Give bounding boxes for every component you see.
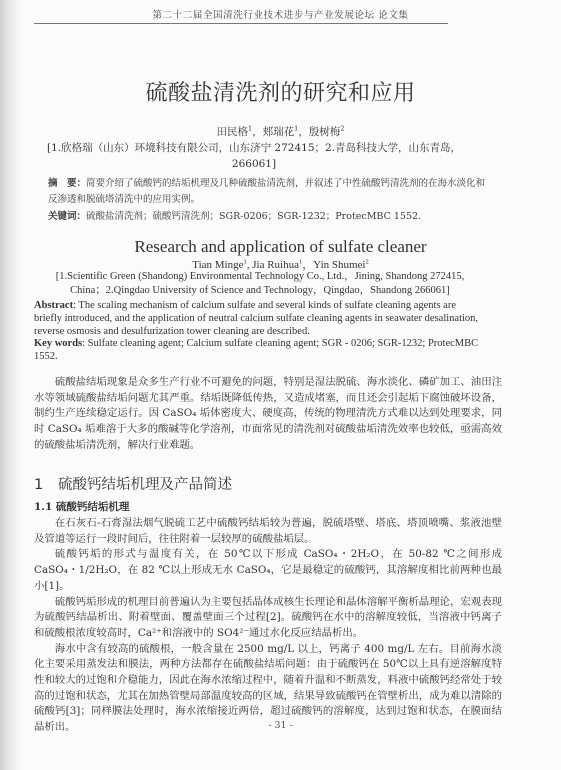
body-paragraph: 在石灰石-石膏湿法烟气脱硫工艺中硫酸钙结垢较为普遍，脱硫塔壁、塔底、塔顶喷嘴、浆… bbox=[34, 516, 502, 547]
author-affil-mark: 2 bbox=[340, 125, 344, 133]
section-number: 1 bbox=[34, 477, 58, 493]
keywords-text: : Sulfate cleaning agent; Calcium sulfat… bbox=[34, 338, 478, 362]
author-name: 田民格 bbox=[217, 126, 249, 138]
title-chinese: 硫酸盐清洗剂的研究和应用 bbox=[0, 76, 561, 107]
running-head: 第二十二届全国清洗行业技术进步与产业发展论坛 论文集 bbox=[0, 7, 561, 21]
title-english: Research and application of sulfate clea… bbox=[0, 237, 561, 257]
abstract-label: Abstract bbox=[34, 300, 73, 311]
abstract-text: 简要介绍了硫酸钙的结垢机理及几种硫酸盐清洗剂，并叙述了中性硫酸钙清洗剂的在海水淡… bbox=[48, 178, 485, 205]
abstract-label: 摘 要： bbox=[48, 178, 86, 189]
abstract-english: Abstract: The scaling mechanism of calci… bbox=[34, 300, 484, 338]
body-paragraph: 硫酸钙垢形成的机理目前普遍认为主要包括晶体成核生长理论和晶体溶解平衡析晶理论，宏… bbox=[34, 595, 502, 642]
keywords-label: Key words bbox=[34, 338, 82, 349]
author-name: 郏瑞花 bbox=[263, 126, 295, 138]
section-title: 硫酸钙结垢机理及产品简述 bbox=[58, 477, 232, 493]
section-heading: 1硫酸钙结垢机理及产品简述 bbox=[34, 473, 232, 494]
author-separator: ， bbox=[298, 126, 309, 138]
affiliation-chinese: [1.欣格瑞（山东）环境科技有限公司，山东济宁 272415；2.青岛科技大学，… bbox=[34, 140, 474, 172]
section-body: 在石灰石-石膏湿法烟气脱硫工艺中硫酸钙结垢较为普遍，脱硫塔壁、塔底、塔顶喷嘴、浆… bbox=[34, 516, 502, 736]
intro-section: 硫酸盐结垢现象是众多生产行业不可避免的问题，特别是湿法脱硫、海水淡化、磷矿加工、… bbox=[34, 375, 502, 454]
subsection-heading: 1.1 硫酸钙结垢机理 bbox=[34, 499, 129, 514]
affiliation-english: [1.Scientific Green (Shandong) Environme… bbox=[40, 270, 480, 298]
authors-chinese: 田民格1，郏瑞花1，殷树梅2 bbox=[0, 124, 561, 139]
abstract-text: : The scaling mechanism of calcium sulfa… bbox=[34, 300, 478, 337]
body-paragraph: 硫酸钙垢的形式与温度有关，在 50℃以下形成 CaSO₄・2H₂O，在 50-8… bbox=[34, 547, 502, 594]
author-affil-mark: 2 bbox=[366, 258, 369, 265]
keywords-label: 关键词： bbox=[48, 211, 86, 222]
intro-paragraph: 硫酸盐结垢现象是众多生产行业不可避免的问题，特别是湿法脱硫、海水淡化、磷矿加工、… bbox=[34, 375, 502, 454]
keywords-chinese: 关键词：硫酸盐清洗剂；硫酸钙清洗剂；SGR-0206；SGR-1232；Prot… bbox=[48, 208, 508, 222]
author-separator: ， bbox=[252, 126, 263, 138]
abstract-chinese: 摘 要：简要介绍了硫酸钙的结垢机理及几种硫酸盐清洗剂，并叙述了中性硫酸钙清洗剂的… bbox=[48, 176, 488, 208]
author-name: 殷树梅 bbox=[309, 126, 341, 138]
header-rule bbox=[34, 23, 448, 24]
keywords-text: 硫酸盐清洗剂；硫酸钙清洗剂；SGR-0206；SGR-1232；ProtecMB… bbox=[86, 211, 421, 222]
scan-shadow bbox=[0, 0, 22, 770]
page-number: - 31 - bbox=[0, 720, 561, 731]
keywords-english: Key words: Sulfate cleaning agent; Calci… bbox=[34, 338, 484, 364]
